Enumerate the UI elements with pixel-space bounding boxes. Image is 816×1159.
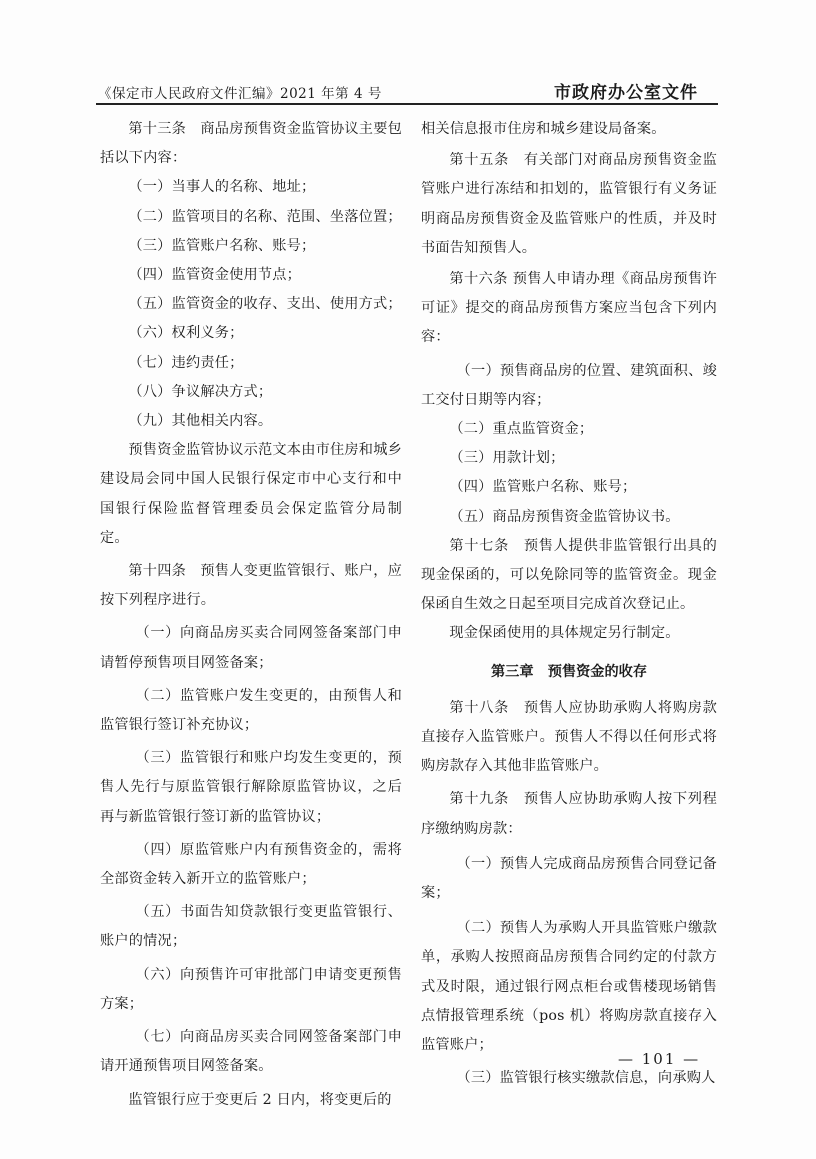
article-13-item: （四）监管资金使用节点； <box>100 261 402 290</box>
article-14-item: （四）原监管账户内有预售资金的，需将全部资金转入新开立的监管账户； <box>100 836 402 894</box>
article-16-item: （二）重点监管资金； <box>421 415 717 444</box>
article-13-item: （九）其他相关内容。 <box>100 407 402 436</box>
article-14-item: （六）向预售许可审批部门申请变更预售方案； <box>100 961 402 1019</box>
article-13-item: （六）权利义务； <box>100 319 402 348</box>
article-15: 第十五条 有关部门对商品房预售资金监管账户进行冻结和扣划的，监管银行有义务证明商… <box>421 146 717 263</box>
article-13-item: （一）当事人的名称、地址； <box>100 173 402 202</box>
article-17-note: 现金保函使用的具体规定另行制定。 <box>421 619 717 648</box>
publication-title: 《保定市人民政府文件汇编》2021 年第 4 号 <box>98 82 382 102</box>
article-14-note-start: 监管银行应于变更后 2 日内，将变更后的 <box>100 1086 402 1115</box>
article-13-item: （八）争议解决方式； <box>100 378 402 407</box>
header-rule <box>96 103 718 105</box>
article-13-note: 预售资金监管协议示范文本由市住房和城乡建设局会同中国人民银行保定市中心支行和中国… <box>100 436 402 553</box>
section-title: 市政府办公室文件 <box>554 78 698 103</box>
chapter-3-heading: 第三章 预售资金的收存 <box>421 658 717 687</box>
article-17: 第十七条 预售人提供非监管银行出具的现金保函的，可以免除同等的监管资金。现金保函… <box>421 532 717 620</box>
article-16-item: （一）预售商品房的位置、建筑面积、竣工交付日期等内容； <box>421 357 717 415</box>
article-16-item: （四）监管账户名称、账号； <box>421 473 717 502</box>
article-13-item: （五）监管资金的收存、支出、使用方式； <box>100 290 402 319</box>
article-16-item: （三）用款计划； <box>421 444 717 473</box>
article-19-intro: 第十九条 预售人应协助承购人按下列程序缴纳购房款： <box>421 785 717 843</box>
article-13-intro: 第十三条 商品房预售资金监管协议主要包括以下内容： <box>100 115 402 173</box>
article-19-item: （一）预售人完成商品房预售合同登记备案； <box>421 850 717 908</box>
article-16-intro: 第十六条 预售人申请办理《商品房预售许可证》提交的商品房预售方案应当包含下列内容… <box>421 265 717 353</box>
article-19-item: （二）预售人为承购人开具监管账户缴款单，承购人按照商品房预售合同约定的付款方式及… <box>421 914 717 1060</box>
article-14-item: （二）监管账户发生变更的，由预售人和监管银行签订补充协议； <box>100 682 402 740</box>
article-18: 第十八条 预售人应协助承购人将购房款直接存入监管账户。预售人不得以任何形式将购房… <box>421 694 717 782</box>
article-13-item: （二）监管项目的名称、范围、坐落位置； <box>100 203 402 232</box>
article-19-item: （三）监管银行核实缴款信息，向承购人 <box>421 1064 717 1093</box>
left-column: 第十三条 商品房预售资金监管协议主要包括以下内容： （一）当事人的名称、地址； … <box>100 115 402 1115</box>
article-14-item: （一）向商品房买卖合同网签备案部门申请暂停预售项目网签备案； <box>100 619 402 677</box>
article-14-item: （三）监管银行和账户均发生变更的，预售人先行与原监管银行解除原监管协议，之后再与… <box>100 744 402 832</box>
article-13-item: （七）违约责任； <box>100 349 402 378</box>
right-column: 相关信息报市住房和城乡建设局备案。 第十五条 有关部门对商品房预售资金监管账户进… <box>421 115 717 1094</box>
article-14-item: （五）书面告知贷款银行变更监管银行、账户的情况； <box>100 898 402 956</box>
article-14-item: （七）向商品房买卖合同网签备案部门申请开通预售项目网签备案。 <box>100 1023 402 1081</box>
article-14-intro: 第十四条 预售人变更监管银行、账户，应按下列程序进行。 <box>100 557 402 615</box>
running-header: 《保定市人民政府文件汇编》2021 年第 4 号 市政府办公室文件 <box>98 76 698 102</box>
article-13-item: （三）监管账户名称、账号； <box>100 232 402 261</box>
page-number: — 101 — <box>618 1050 700 1068</box>
article-16-item: （五）商品房预售资金监管协议书。 <box>421 503 717 532</box>
article-14-note-end: 相关信息报市住房和城乡建设局备案。 <box>421 115 717 144</box>
